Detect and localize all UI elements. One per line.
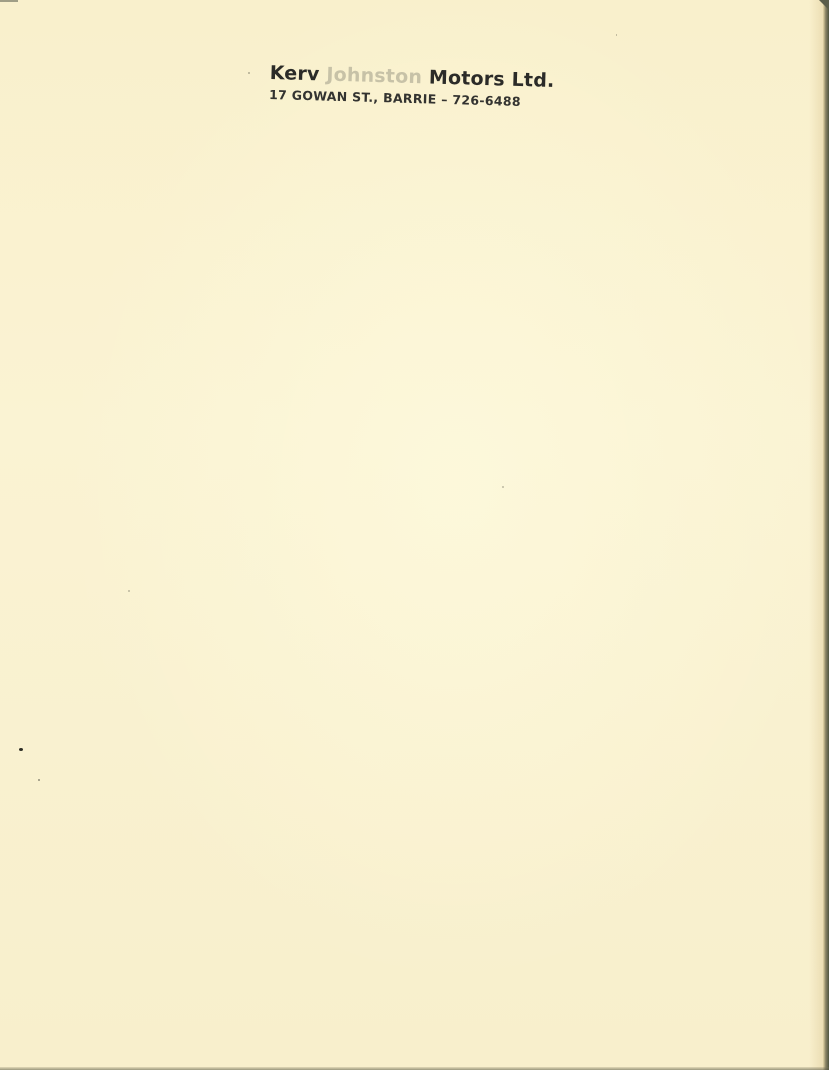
page-right-edge	[823, 0, 829, 1070]
page-corner-fold	[819, 0, 829, 10]
paper-sheet: Kerv Johnston Motors Ltd. 17 GOWAN ST., …	[0, 0, 829, 1070]
ink-speck	[616, 34, 617, 36]
company-address: 17 GOWAN ST., BARRIE – 726-6488	[269, 89, 554, 109]
ink-speck	[248, 72, 250, 74]
company-name-start: Kerv	[269, 62, 326, 86]
company-name: Kerv Johnston Motors Ltd.	[269, 64, 554, 91]
ink-speck	[502, 486, 504, 488]
letterhead-stamp: Kerv Johnston Motors Ltd. 17 GOWAN ST., …	[269, 64, 555, 109]
page-edge-shadow	[809, 0, 823, 1070]
ink-speck	[128, 590, 130, 592]
scan-artifact	[0, 0, 18, 2]
company-name-faded: Johnston	[326, 64, 422, 89]
ink-speck	[19, 748, 23, 751]
company-name-end: Motors Ltd.	[422, 66, 555, 92]
ink-speck	[38, 779, 40, 781]
